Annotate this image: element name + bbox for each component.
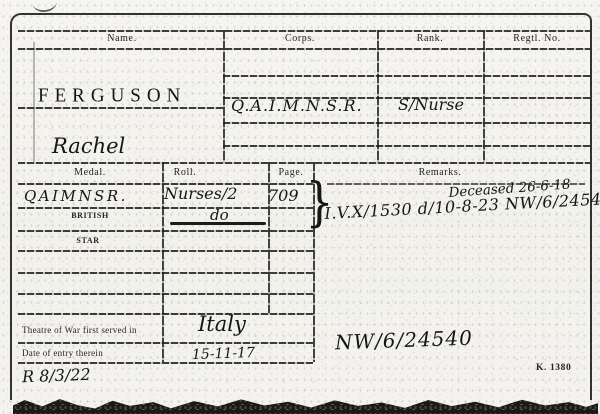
name-corps-divider	[223, 30, 225, 162]
remarks-header: Remarks.	[419, 167, 462, 178]
medal-index-card-scan: Name. Corps. Rank. Regtl. No. FERGUSON R…	[0, 0, 600, 414]
entry-date-value: 15-11-17	[192, 345, 255, 363]
regtl-no-header: Regtl. No.	[513, 33, 560, 44]
top-table-bottom-rule	[18, 162, 590, 164]
top-table-row-rule-1	[223, 75, 590, 77]
medal-table-bottom-rule	[18, 313, 313, 315]
rank-regtl-divider	[483, 30, 485, 162]
medal-row1-value: QAIMNSR.	[24, 187, 128, 205]
form-number: K. 1380	[536, 363, 571, 373]
stray-pen-mark	[32, 0, 57, 13]
top-table-row-rule-3	[223, 122, 590, 124]
top-table-header-rule	[18, 48, 590, 50]
corps-rank-divider	[377, 30, 379, 162]
name-header: Name.	[107, 33, 136, 44]
theatre-value: Italy	[198, 312, 246, 336]
medal-header: Medal.	[74, 167, 106, 178]
corps-header: Corps.	[285, 33, 315, 44]
ditto-underline-stroke	[170, 222, 266, 225]
forename-value: Rachel	[52, 134, 125, 158]
reference-number-note: NW/6/24540	[335, 326, 474, 355]
corps-value: Q.A.I.M.N.S.R.	[231, 96, 363, 115]
page-header: Page.	[279, 167, 304, 178]
crease-mark	[33, 42, 35, 162]
british-medal-label: BRITISH	[71, 211, 109, 220]
entry-date-rule	[18, 362, 313, 364]
roll-header: Roll.	[174, 167, 197, 178]
page-value: 709	[268, 186, 299, 205]
top-table-row-rule-4	[223, 145, 590, 147]
surname-value: FERGUSON	[38, 84, 186, 107]
theatre-label: Theatre of War first served in	[22, 325, 137, 335]
theatre-rule	[18, 342, 313, 344]
roll-value: Nurses/2	[164, 184, 237, 203]
entry-date-label: Date of entry therein	[22, 348, 103, 358]
roll-page-divider	[268, 162, 270, 313]
rank-value: S/Nurse	[398, 95, 464, 114]
top-table-top-rule	[18, 30, 590, 32]
rank-header: Rank.	[417, 33, 444, 44]
star-medal-label: STAR	[76, 236, 99, 245]
bottom-left-note: R 8/3/22	[22, 365, 91, 386]
